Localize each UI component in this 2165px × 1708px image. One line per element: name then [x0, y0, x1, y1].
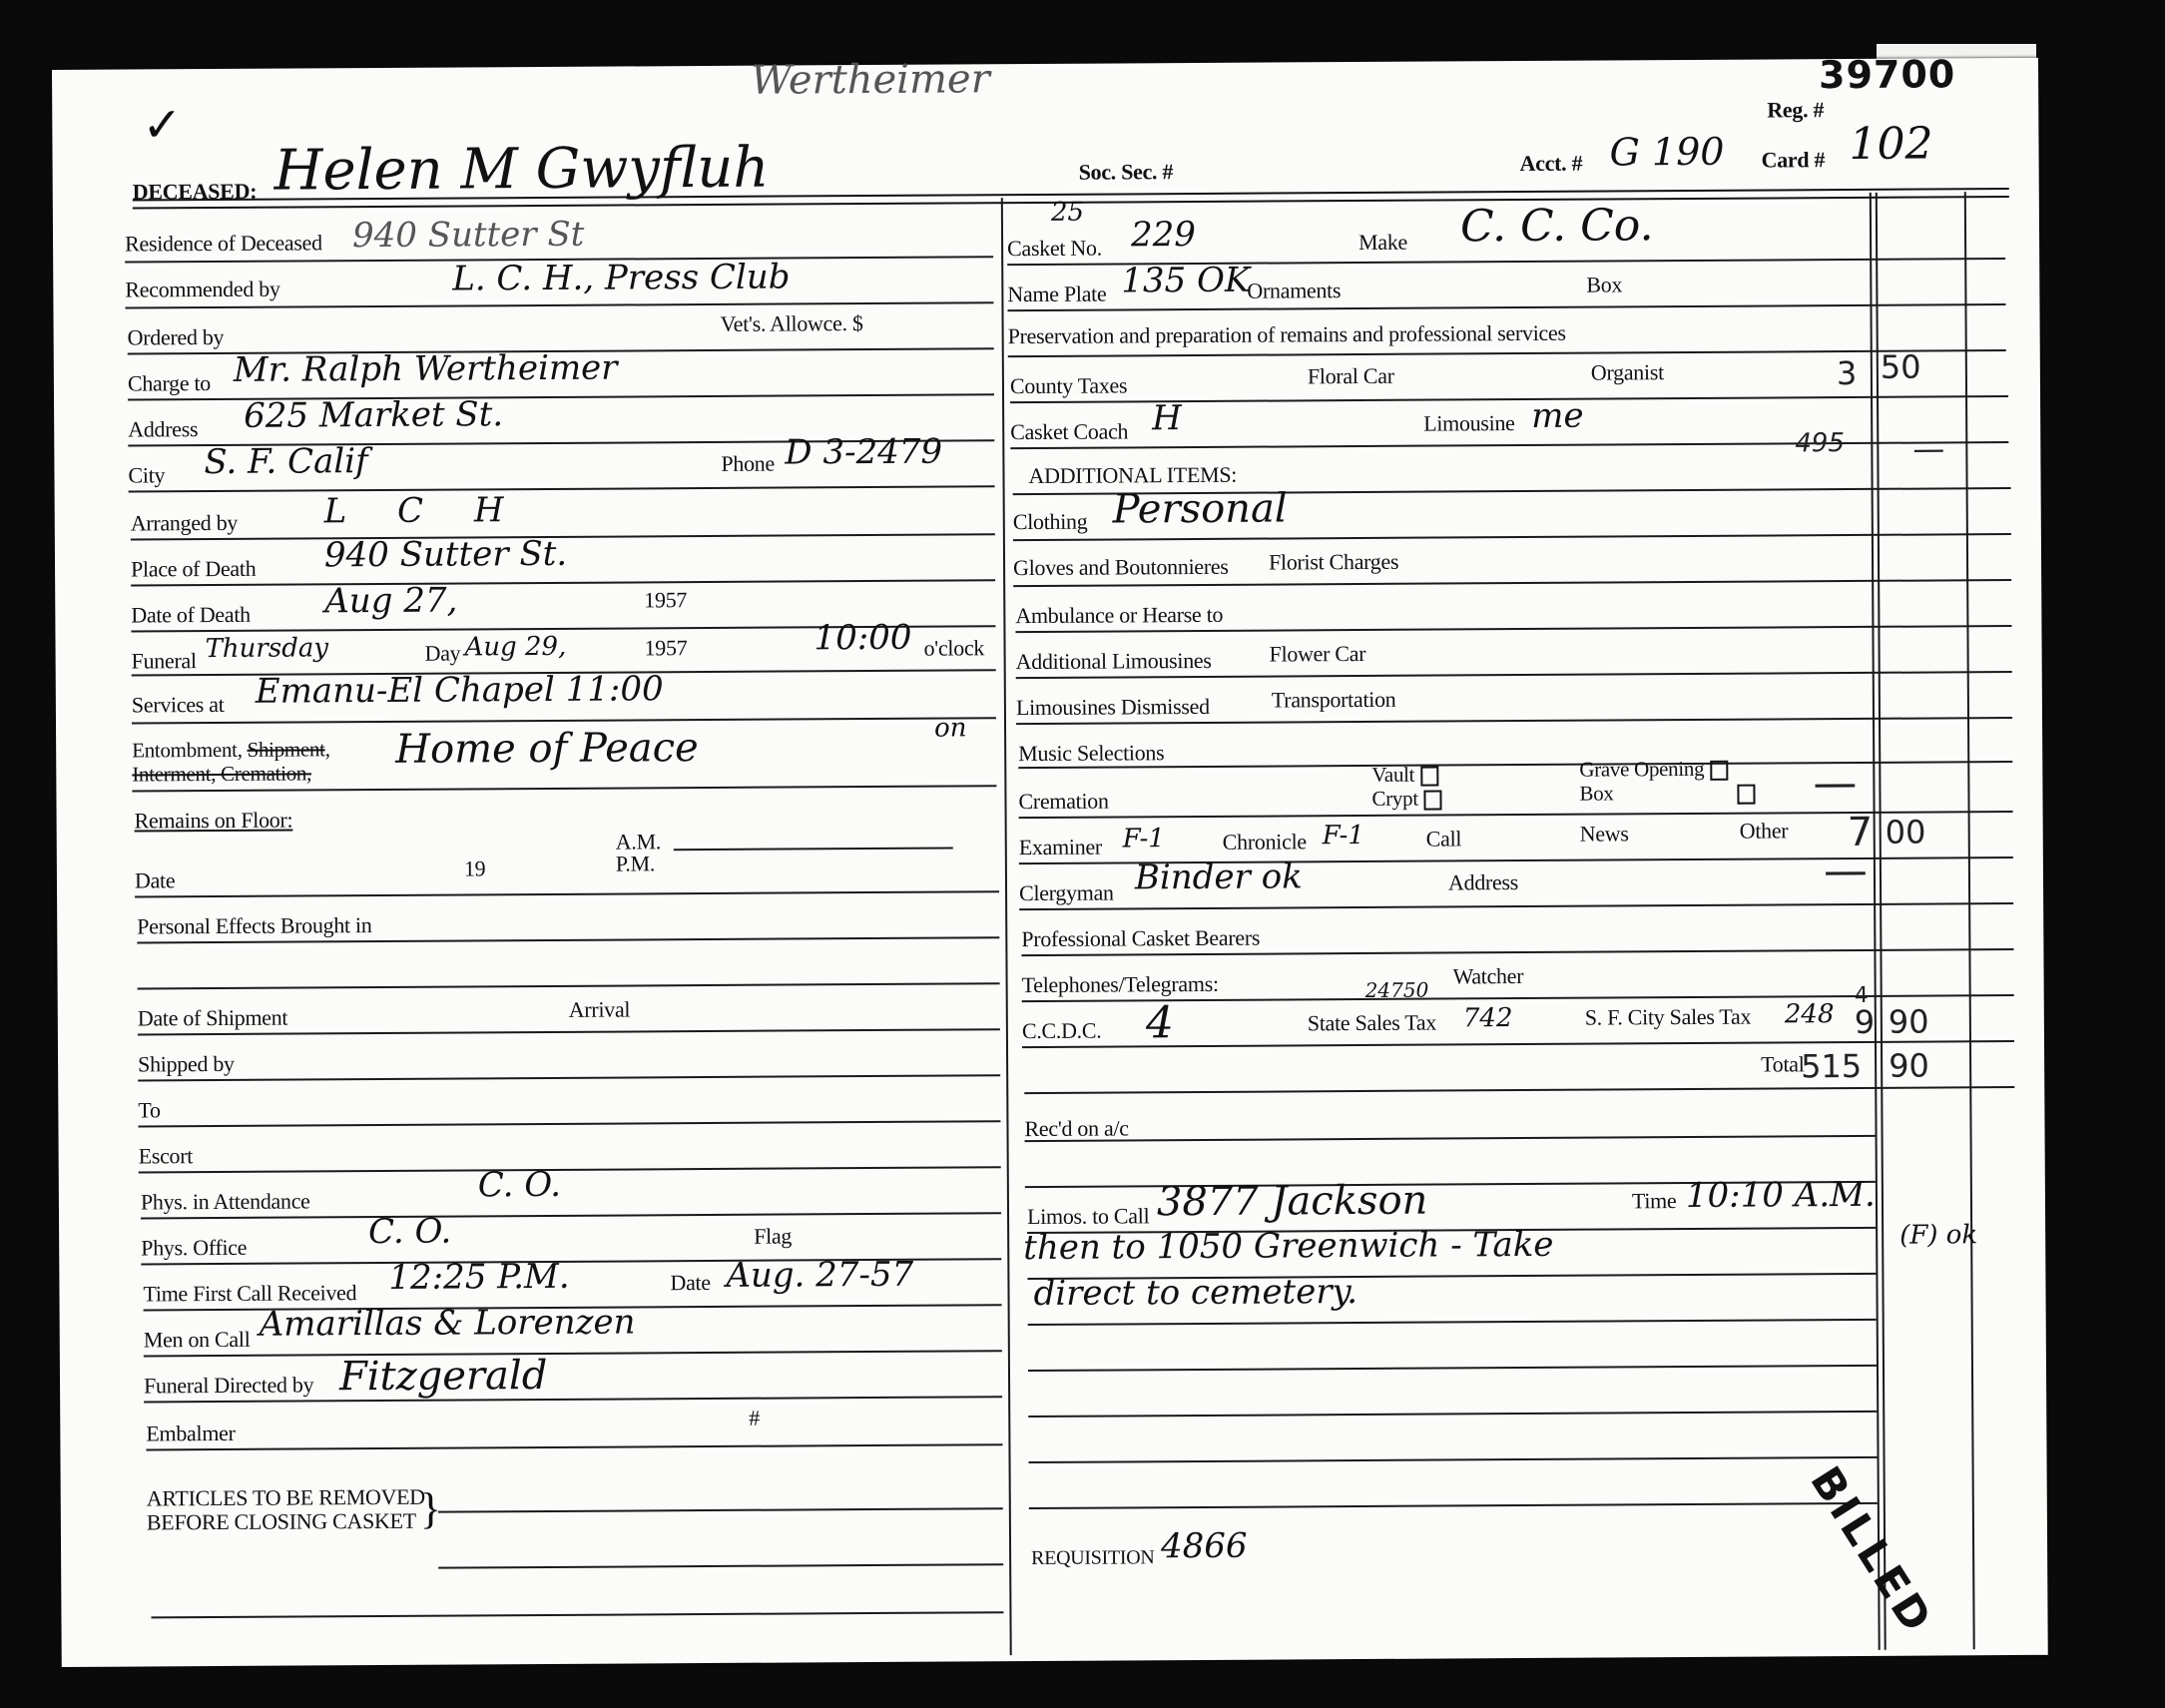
residence-value: 940 Sutter St: [352, 215, 585, 256]
clothing-value: Personal: [1113, 485, 1288, 532]
acct-value: G 190: [1609, 130, 1724, 175]
chronicle-value: F-1: [1323, 821, 1364, 851]
first-call-value: 12:25 P.M.: [388, 1257, 569, 1298]
services-label: Services at: [132, 692, 225, 719]
phone-label: Phone: [721, 451, 775, 477]
total-label: Total: [1761, 1051, 1805, 1077]
time-label: Time: [1632, 1188, 1677, 1214]
florist-charges-label: Florist Charges: [1269, 549, 1398, 576]
soc-sec-label: Soc. Sec. #: [1079, 159, 1174, 186]
flag-label: Flag: [754, 1223, 792, 1249]
crypt-label: Crypt: [1371, 787, 1441, 812]
rule: [438, 1563, 1003, 1568]
limos-note-line-2: direct to cemetery.: [1033, 1272, 1357, 1314]
casket-coach-value: H: [1152, 398, 1182, 438]
entombment-text: Entombment,: [132, 738, 243, 763]
ornaments-label: Ornaments: [1247, 278, 1341, 304]
rule: [138, 1120, 1000, 1127]
side-note: (F) ok: [1899, 1220, 1977, 1250]
charge-to-label: Charge to: [128, 370, 211, 397]
funeral-label: Funeral: [132, 648, 197, 674]
arrival-label: Arrival: [569, 996, 631, 1022]
city-label: City: [128, 462, 165, 488]
additional-dollars: 495: [1795, 428, 1845, 458]
rule: [135, 890, 999, 897]
rule: [1028, 1411, 1877, 1418]
name-plate-value: 135 OK: [1121, 261, 1250, 301]
news-label: News: [1580, 821, 1629, 847]
card-label: Card #: [1762, 147, 1826, 173]
name-plate-label: Name Plate: [1007, 282, 1106, 308]
services-value: Emanu-El Chapel 11:00: [256, 669, 664, 711]
state-sales-tax-label: State Sales Tax: [1308, 1010, 1436, 1037]
clergyman-address-label: Address: [1448, 869, 1518, 895]
rule: [125, 301, 993, 308]
rule: [1013, 533, 2011, 541]
phys-office-label: Phys. Office: [141, 1235, 247, 1262]
city-value: S. F. Calif: [204, 441, 367, 482]
grave-opening-checkbox[interactable]: [1710, 761, 1728, 781]
rule: [1029, 1456, 1878, 1463]
ambulance-label: Ambulance or Hearse to: [1015, 602, 1223, 629]
men-on-call-label: Men on Call: [144, 1327, 251, 1354]
total-dollars: 515: [1801, 1047, 1862, 1085]
oclock-label: o'clock: [923, 635, 984, 661]
first-call-date-label: Date: [670, 1270, 711, 1296]
funeral-year: 1957: [644, 635, 687, 661]
clergyman-label: Clergyman: [1019, 880, 1114, 907]
rule: [139, 1166, 1001, 1173]
rule: [1018, 761, 2012, 769]
entombment-note: on: [934, 713, 967, 743]
cremation-label: Cremation: [1018, 789, 1108, 816]
rule: [132, 785, 996, 792]
time-value: 10:10 A.M.: [1686, 1175, 1876, 1216]
charge-to-value: Mr. Ralph Wertheimer: [234, 348, 618, 390]
box2-text: Box: [1579, 781, 1731, 807]
crypt-checkbox[interactable]: [1424, 791, 1442, 811]
residence-label: Residence of Deceased: [125, 230, 322, 257]
rule: [151, 1611, 1003, 1618]
directed-by-label: Funeral Directed by: [144, 1372, 313, 1399]
grave-text: Grave Opening: [1579, 757, 1704, 782]
directed-by-value: Fitzgerald: [339, 1353, 548, 1400]
tax-cents: 90: [1889, 1003, 1929, 1041]
funeral-weekday: Thursday: [205, 633, 328, 664]
rule: [131, 579, 995, 586]
amount-divider-2: [1964, 192, 1975, 1649]
embalmer-label: Embalmer: [146, 1421, 235, 1447]
date-of-death-value: Aug 27,: [324, 581, 457, 622]
articles-line-1: ARTICLES TO BE REMOVED: [147, 1484, 425, 1511]
make-value: C. C. Co.: [1460, 200, 1654, 252]
embalmer-hash: #: [749, 1406, 760, 1431]
rule: [138, 982, 1000, 989]
acct-label: Acct. #: [1520, 151, 1583, 177]
state-sales-tax-value: 742: [1463, 1003, 1513, 1033]
address-label: Address: [128, 416, 198, 442]
box-checkbox[interactable]: [1737, 785, 1755, 805]
additional-limousines-label: Additional Limousines: [1016, 648, 1212, 675]
requisition-value: 4866: [1161, 1526, 1248, 1567]
ccdc-label: C.C.D.C.: [1022, 1018, 1102, 1044]
clergy-dash: —: [1824, 846, 1868, 896]
floral-car-label: Floral Car: [1308, 363, 1394, 390]
funeral-time: 10:00: [813, 618, 911, 659]
remains-date-label: Date: [135, 867, 176, 893]
ordered-label: Ordered by: [128, 324, 225, 351]
clergyman-value: Binder ok: [1135, 856, 1303, 897]
shipped-by-label: Shipped by: [138, 1051, 235, 1078]
pm-label: P.M.: [616, 851, 655, 876]
grave-opening-label: Grave Opening: [1579, 757, 1728, 783]
telephones-label: Telephones/Telegrams:: [1022, 971, 1219, 998]
men-on-call-value: Amarillas & Lorenzen: [260, 1302, 636, 1344]
other-cents: 00: [1886, 814, 1926, 852]
funeral-day-value: Aug 29,: [464, 632, 566, 663]
funeral-record-card: Wertheimer ✓ 39700 Reg. # DECEASED: Hele…: [52, 58, 2048, 1667]
box2-label: Box: [1579, 781, 1755, 807]
transportation-label: Transportation: [1272, 687, 1396, 714]
state-tax-above: 24750: [1365, 978, 1429, 1002]
vets-allowance-label: Vet's. Allowce. $: [720, 310, 862, 337]
card-value: 102: [1849, 118, 1932, 170]
crypt-text: Crypt: [1371, 787, 1417, 811]
rule: [1025, 1135, 1876, 1142]
rule: [144, 1350, 1002, 1357]
entombment-label: Entombment, Shipment, Interment, Cremati…: [132, 737, 330, 786]
arranged-label: Arranged by: [131, 510, 238, 537]
rule: [1007, 303, 2005, 311]
rule: [1028, 1319, 1877, 1326]
remains-on-floor-label: Remains on Floor:: [135, 808, 293, 835]
articles-line-2: BEFORE CLOSING CASKET: [147, 1508, 416, 1535]
phys-office-value: C. O.: [368, 1212, 451, 1253]
additional-items-label: ADDITIONAL ITEMS:: [1028, 462, 1237, 489]
county-taxes-label: County Taxes: [1010, 372, 1127, 399]
tax-dollars: 9: [1855, 1003, 1876, 1041]
place-of-death-label: Place of Death: [131, 556, 256, 583]
rule: [1010, 441, 2008, 449]
music-selections-label: Music Selections: [1018, 740, 1164, 767]
gloves-label: Gloves and Boutonnieres: [1013, 554, 1229, 581]
interment-cremation-text: Interment, Cremation,: [132, 761, 311, 786]
other-label: Other: [1740, 818, 1789, 844]
limousine-label: Limousine: [1423, 410, 1515, 437]
examiner-value: F-1: [1123, 824, 1165, 854]
examiner-label: Examiner: [1019, 835, 1102, 861]
requisition-label: REQUISITION: [1031, 1546, 1154, 1570]
recommended-label: Recommended by: [125, 277, 279, 303]
date-of-death-label: Date of Death: [131, 602, 251, 629]
reg-label: Reg. #: [1767, 97, 1824, 123]
check-mark: ✓: [142, 97, 183, 153]
annotation-top: Wertheimer: [751, 56, 990, 103]
call-label: Call: [1426, 826, 1462, 852]
place-of-death-value: 940 Sutter St.: [324, 534, 567, 575]
date-of-death-year: 1957: [644, 587, 687, 613]
organist-dollars: 3: [1837, 354, 1858, 392]
casket-no-value: 229: [1131, 215, 1196, 255]
remains-19-label: 19: [464, 855, 486, 881]
rule: [132, 717, 996, 724]
vault-label: Vault: [1371, 763, 1438, 788]
city-sales-tax-value: 248: [1785, 999, 1835, 1029]
clothing-label: Clothing: [1013, 509, 1088, 535]
rule: [674, 847, 953, 851]
brace: }: [420, 1483, 441, 1534]
chronicle-label: Chronicle: [1223, 829, 1307, 855]
limos-to-call-label: Limos. to Call: [1027, 1203, 1149, 1230]
vault-text: Vault: [1371, 763, 1414, 787]
to-label: To: [138, 1097, 160, 1123]
limousines-dismissed-label: Limousines Dismissed: [1016, 694, 1210, 721]
entombment-value: Home of Peace: [395, 725, 699, 773]
reg-number: 39700: [1819, 52, 1955, 97]
vault-checkbox[interactable]: [1420, 767, 1438, 787]
limos-note-line-1: then to 1050 Greenwich - Take: [1023, 1225, 1554, 1268]
recd-on-account-label: Rec'd on a/c: [1024, 1115, 1128, 1142]
casket-no-label: Casket No.: [1007, 236, 1102, 263]
casket-coach-label: Casket Coach: [1010, 418, 1128, 445]
phone-value: D 3-2479: [785, 432, 942, 473]
casket-bearers-label: Professional Casket Bearers: [1021, 925, 1260, 952]
rule: [1029, 1502, 1878, 1509]
preservation-label: Preservation and preparation of remains …: [1008, 320, 1566, 349]
escort-label: Escort: [139, 1143, 194, 1169]
flower-car-label: Flower Car: [1270, 641, 1366, 668]
day-label: Day: [424, 641, 460, 667]
rule: [138, 1074, 1000, 1081]
cremation-dash: —: [1813, 758, 1857, 809]
organist-label: Organist: [1591, 359, 1664, 385]
deceased-name: Helen M Gwyfluh: [273, 136, 769, 204]
rule: [438, 1507, 1003, 1512]
shipment-text: Shipment: [247, 737, 324, 761]
recommended-value: L. C. H., Press Club: [452, 257, 790, 298]
first-call-date-value: Aug. 27-57: [726, 1255, 913, 1296]
limos-to-call-value: 3877 Jackson: [1157, 1178, 1428, 1226]
billed-stamp: BILLED: [1801, 1458, 1942, 1644]
rule: [1024, 1086, 2014, 1094]
personal-effects-label: Personal Effects Brought in: [137, 912, 371, 939]
casket-no-above: 25: [1051, 198, 1084, 228]
phys-attendance-value: C. O.: [478, 1165, 561, 1206]
ccdc-value: 4: [1146, 997, 1174, 1048]
total-cents: 90: [1889, 1047, 1929, 1085]
organist-cents: 50: [1881, 348, 1921, 386]
rule: [1013, 579, 2011, 587]
box-label: Box: [1586, 272, 1622, 297]
arranged-value: L C H: [324, 490, 504, 531]
make-label: Make: [1358, 230, 1407, 256]
limousine-value: me: [1531, 396, 1584, 436]
rule: [1019, 902, 2013, 910]
city-sales-tax-label: S. F. City Sales Tax: [1585, 1004, 1751, 1031]
center-divider: [1001, 198, 1012, 1655]
rule: [129, 485, 995, 492]
watcher-label: Watcher: [1452, 963, 1523, 989]
rule: [1028, 1365, 1877, 1372]
additional-cents: —: [1912, 429, 1944, 467]
articles-label: ARTICLES TO BE REMOVED BEFORE CLOSING CA…: [147, 1485, 425, 1535]
address-value: 625 Market St.: [244, 394, 503, 436]
date-of-shipment-label: Date of Shipment: [138, 1005, 288, 1032]
phys-attendance-label: Phys. in Attendance: [141, 1188, 310, 1215]
rule: [146, 1443, 1002, 1450]
